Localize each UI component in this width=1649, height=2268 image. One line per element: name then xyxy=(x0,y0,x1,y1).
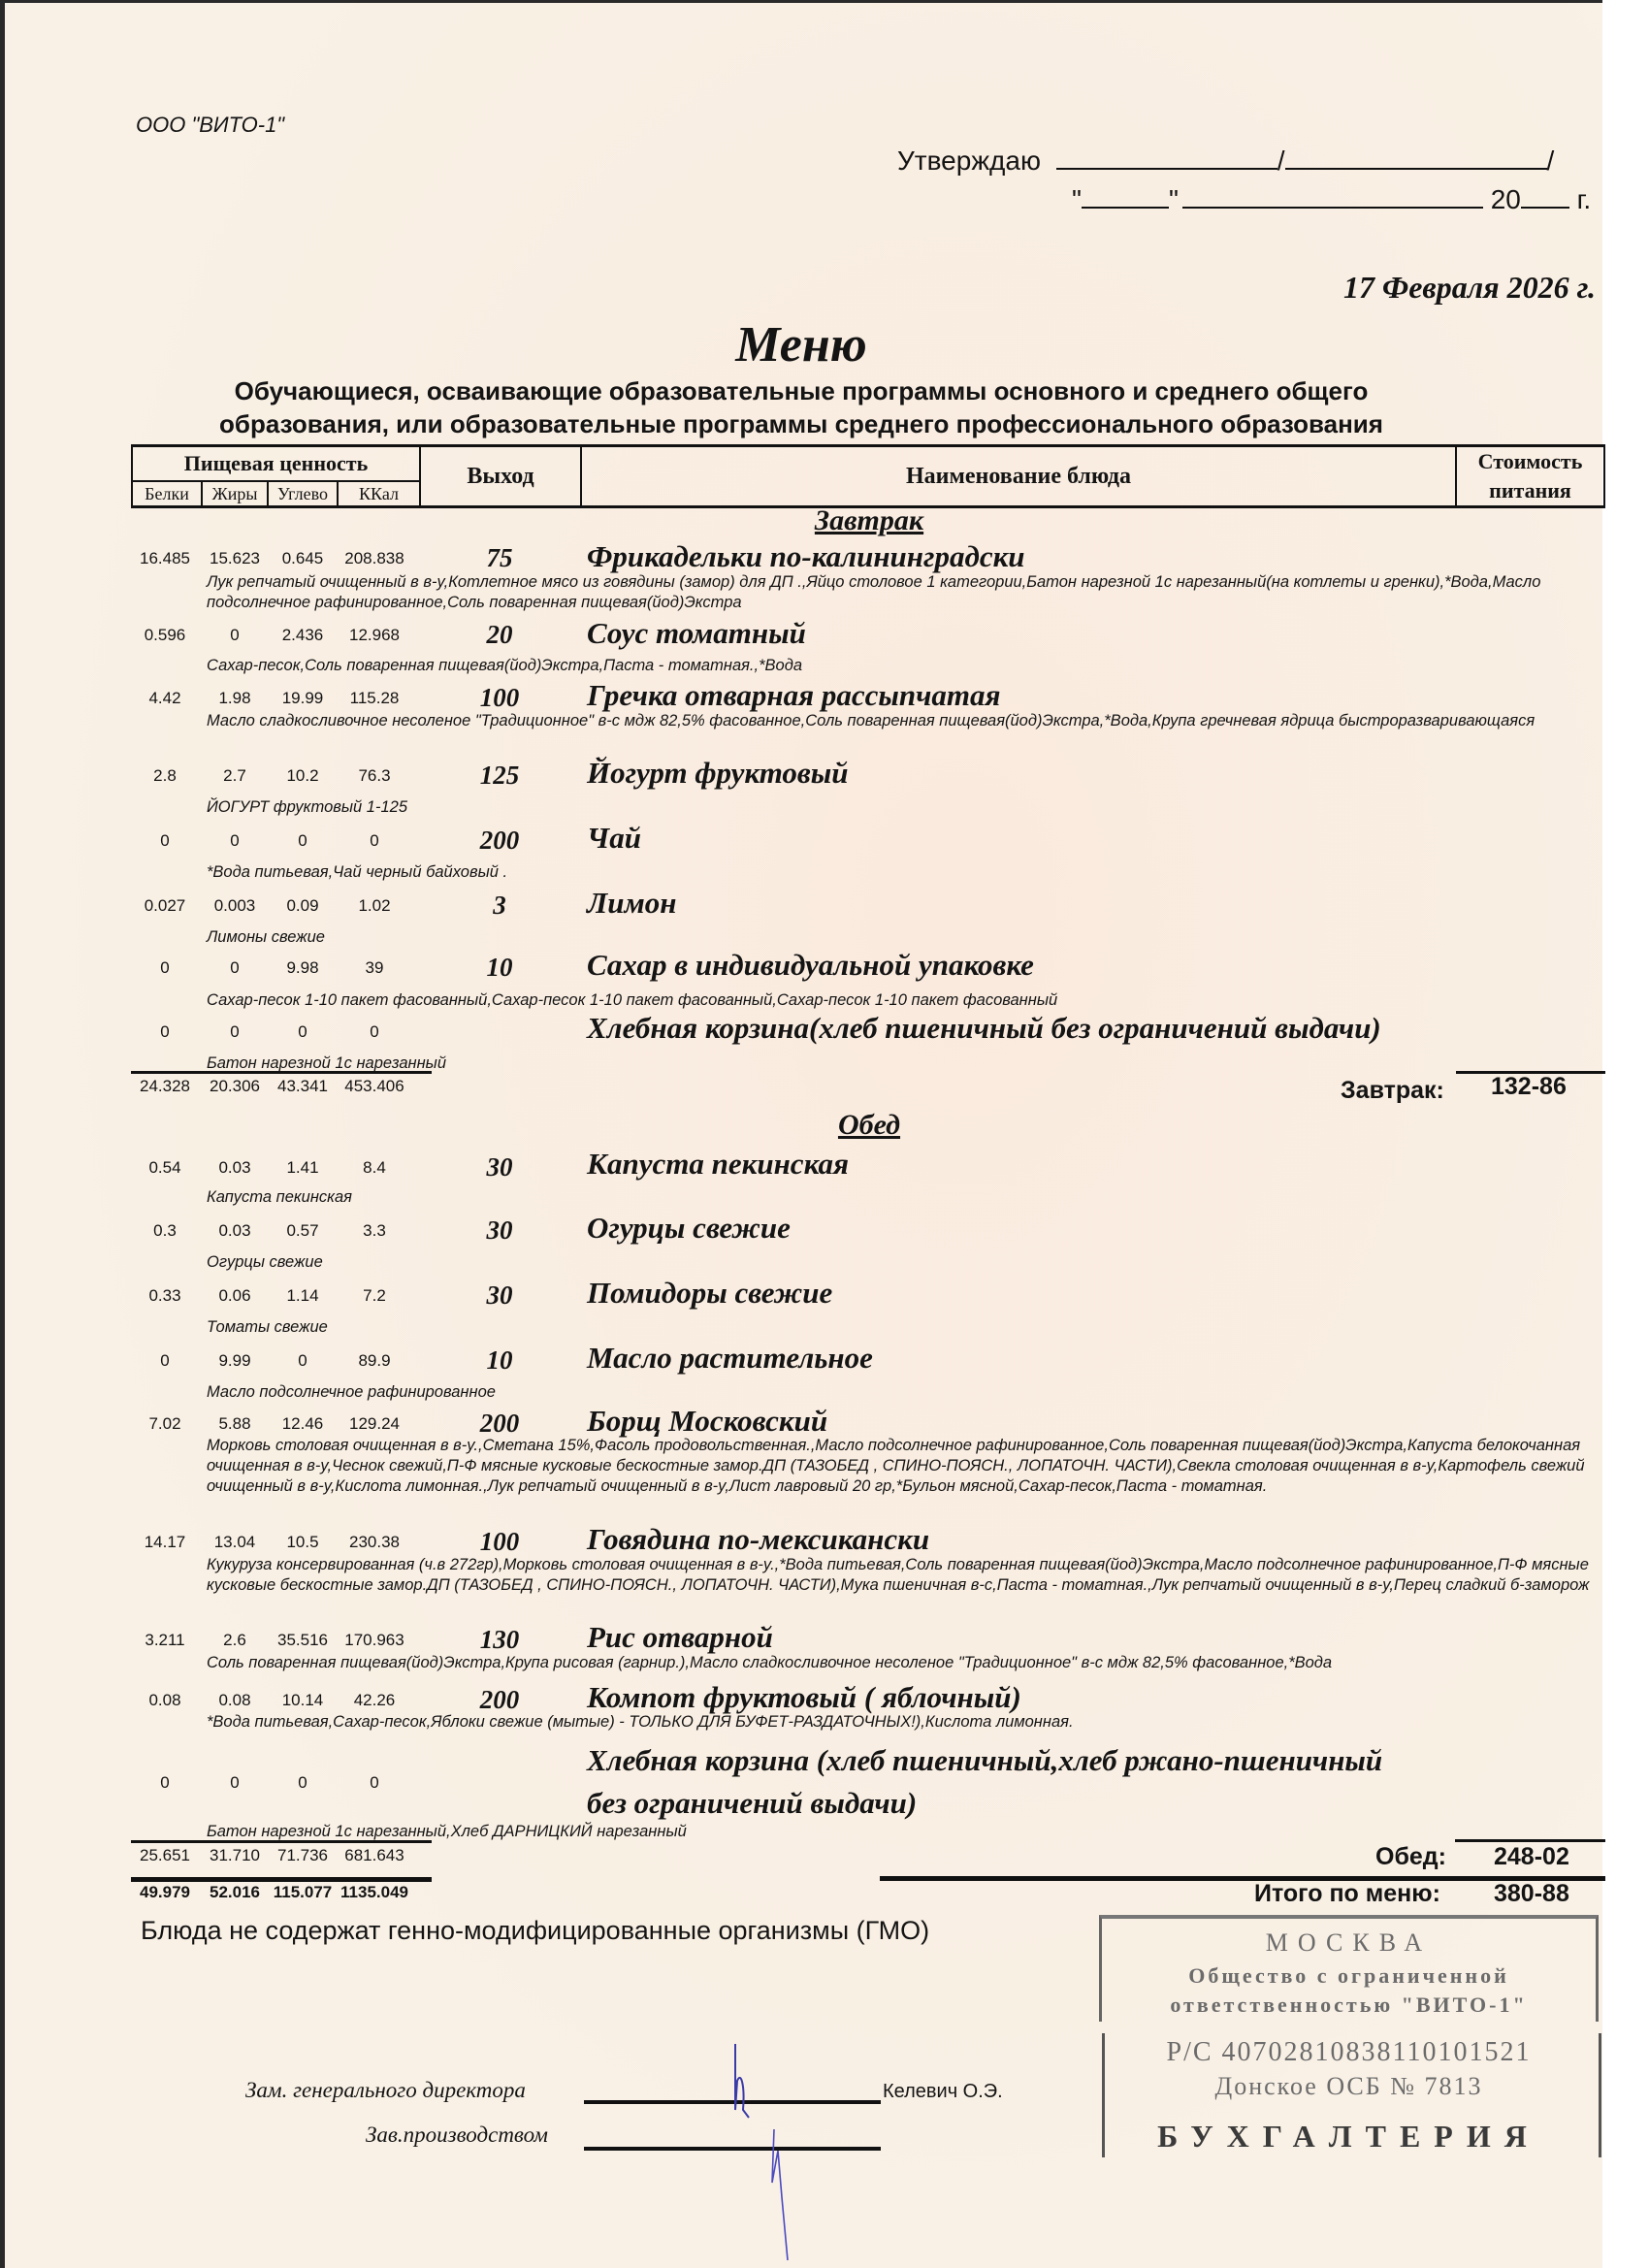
header-yield: Выход xyxy=(419,447,580,505)
breakfast-item-ingredients: Лук репчатый очищенный в в-у,Котлетное м… xyxy=(207,572,1603,613)
lunch-item-fats: 0.06 xyxy=(200,1286,270,1306)
breakfast-item-fats: 0 xyxy=(200,958,270,978)
approve-signature-line xyxy=(1056,148,1277,170)
breakfast-item-yield: 20 xyxy=(461,620,538,650)
header-fats: Жиры xyxy=(201,482,267,505)
breakfast-item-yield: 10 xyxy=(461,953,538,983)
breakfast-item-name: Лимон xyxy=(587,886,676,921)
breakfast-item-carbs: 0.09 xyxy=(268,896,338,916)
header-proteins: Белки xyxy=(131,482,201,505)
breakfast-section-title: Завтрак xyxy=(0,504,1649,537)
lunch-item-ingredients: Кукуруза консервированная (ч.в 272гр),Мо… xyxy=(207,1555,1603,1596)
approve-month-line xyxy=(1182,187,1483,209)
lunch-item-carbs: 1.41 xyxy=(268,1158,338,1178)
breakfast-item-ingredients: Масло сладкосливочное несоленое "Традици… xyxy=(207,711,1603,731)
header-cost-line2: питания xyxy=(1489,476,1571,505)
scan-edge-top xyxy=(0,0,1602,3)
lunch-item-yield: 100 xyxy=(461,1527,538,1557)
lunch-item-kcal: 7.2 xyxy=(339,1286,409,1306)
breakfast-item-proteins: 0 xyxy=(130,1022,200,1042)
breakfast-item-yield: 125 xyxy=(461,761,538,791)
deputy-director-label: Зам. генерального директора xyxy=(245,2078,526,2103)
lunch-item-ingredients: Батон нарезной 1с нарезанный,Хлеб ДАРНИЦ… xyxy=(207,1822,1603,1842)
grand-totals-rule xyxy=(131,1877,432,1882)
gmo-note: Блюда не содержат генно-модифицированные… xyxy=(141,1916,929,1946)
breakfast-item-proteins: 2.8 xyxy=(130,766,200,786)
breakfast-item-kcal: 1.02 xyxy=(339,896,409,916)
lunch-item-name: Огурцы свежие xyxy=(587,1211,791,1246)
signature-scribble xyxy=(718,2042,795,2268)
lunch-item-name: Капуста пекинская xyxy=(587,1147,849,1182)
lunch-item-kcal: 42.26 xyxy=(339,1691,409,1710)
lunch-item-yield: 200 xyxy=(461,1409,538,1439)
year-prefix: 20 xyxy=(1491,184,1521,214)
breakfast-item-name: Хлебная корзина(хлеб пшеничный без огран… xyxy=(587,1011,1381,1046)
lunch-item-name: Хлебная корзина (хлеб пшеничный,хлеб ржа… xyxy=(587,1743,1382,1778)
lunch-item-proteins: 14.17 xyxy=(130,1533,200,1552)
approve-slash: / xyxy=(1277,146,1285,176)
breakfast-item-carbs: 9.98 xyxy=(268,958,338,978)
breakfast-item-fats: 2.7 xyxy=(200,766,270,786)
lunch-item-fats: 0.03 xyxy=(200,1158,270,1178)
breakfast-item-yield: 75 xyxy=(461,543,538,573)
lunch-item-ingredients: Капуста пекинская xyxy=(207,1187,1603,1208)
breakfast-item-carbs: 0 xyxy=(268,1022,338,1042)
lunch-item-name: Говядина по-мексикански xyxy=(587,1522,929,1557)
stamp-department: БУХГАЛТЕРИЯ xyxy=(1099,2119,1599,2155)
lunch-item-fats: 0.03 xyxy=(200,1221,270,1241)
lunch-item-name-cont: без ограничений выдачи) xyxy=(587,1786,917,1821)
lunch-item-kcal: 0 xyxy=(339,1773,409,1793)
approve-label: Утверждаю xyxy=(897,146,1041,176)
breakfast-item-ingredients: Лимоны свежие xyxy=(207,927,1603,948)
header-cost: Стоимость питания xyxy=(1455,447,1605,505)
lunch-item-fats: 0 xyxy=(200,1773,270,1793)
breakfast-total-kcal: 453.406 xyxy=(339,1077,409,1096)
breakfast-item-carbs: 19.99 xyxy=(268,689,338,708)
breakfast-item-carbs: 10.2 xyxy=(268,766,338,786)
grand-total-carbs: 115.077 xyxy=(268,1883,338,1902)
breakfast-item-carbs: 0.645 xyxy=(268,549,338,568)
lunch-item-yield: 130 xyxy=(461,1625,538,1655)
lunch-item-carbs: 10.5 xyxy=(268,1533,338,1552)
lunch-cost-label: Обед: xyxy=(1375,1843,1446,1871)
lunch-item-fats: 0.08 xyxy=(200,1691,270,1710)
lunch-item-proteins: 3.211 xyxy=(130,1631,200,1650)
lunch-item-name: Рис отварной xyxy=(587,1620,773,1655)
breakfast-item-fats: 0 xyxy=(200,1022,270,1042)
lunch-item-proteins: 0.33 xyxy=(130,1286,200,1306)
lunch-item-fats: 9.99 xyxy=(200,1351,270,1371)
quote-open: " xyxy=(1072,184,1082,214)
approve-name-line xyxy=(1285,148,1547,170)
lunch-total-proteins: 25.651 xyxy=(130,1846,200,1865)
lunch-item-ingredients: *Вода питьевая,Сахар-песок,Яблоки свежие… xyxy=(207,1712,1603,1733)
lunch-item-name: Масло растительное xyxy=(587,1341,873,1376)
breakfast-item-yield: 200 xyxy=(461,826,538,856)
lunch-item-name: Помидоры свежие xyxy=(587,1276,832,1311)
breakfast-item-proteins: 0.027 xyxy=(130,896,200,916)
year-suffix: г. xyxy=(1577,184,1592,214)
breakfast-item-fats: 0.003 xyxy=(200,896,270,916)
grand-cost-value: 380-88 xyxy=(1494,1880,1569,1908)
stamp-city: МОСКВА xyxy=(1099,1928,1599,1958)
breakfast-item-proteins: 16.485 xyxy=(130,549,200,568)
approval-block: Утверждаю // xyxy=(897,146,1554,177)
header-carbs: Углево xyxy=(267,482,337,505)
lunch-item-proteins: 0.54 xyxy=(130,1158,200,1178)
breakfast-item-yield: 3 xyxy=(461,891,538,921)
breakfast-item-carbs: 2.436 xyxy=(268,626,338,645)
lunch-item-proteins: 0.08 xyxy=(130,1691,200,1710)
quote-close: " xyxy=(1169,184,1179,214)
lunch-item-proteins: 0.3 xyxy=(130,1221,200,1241)
lunch-item-kcal: 129.24 xyxy=(339,1414,409,1434)
lunch-item-carbs: 12.46 xyxy=(268,1414,338,1434)
lunch-item-kcal: 230.38 xyxy=(339,1533,409,1552)
grand-total-proteins: 49.979 xyxy=(130,1883,200,1902)
lunch-total-kcal: 681.643 xyxy=(339,1846,409,1865)
breakfast-totals-rule xyxy=(131,1071,432,1074)
lunch-item-ingredients: Масло подсолнечное рафинированное xyxy=(207,1382,1603,1403)
stamp-bank: Донское ОСБ № 7813 xyxy=(1099,2072,1599,2101)
breakfast-item-kcal: 0 xyxy=(339,831,409,851)
menu-date: 17 Февраля 2026 г. xyxy=(1343,270,1596,306)
company-stamp: МОСКВА Общество с ограниченной ответстве… xyxy=(1099,1915,1597,2157)
breakfast-item-ingredients: ЙОГУРТ фруктовый 1-125 xyxy=(207,797,1603,818)
grand-cost-label: Итого по меню: xyxy=(1254,1880,1440,1908)
lunch-item-yield: 200 xyxy=(461,1685,538,1715)
lunch-item-carbs: 10.14 xyxy=(268,1691,338,1710)
breakfast-item-kcal: 208.838 xyxy=(339,549,409,568)
stamp-line-2: ответственностью "ВИТО-1" xyxy=(1099,1993,1599,2018)
breakfast-item-ingredients: Сахар-песок 1-10 пакет фасованный,Сахар-… xyxy=(207,990,1603,1011)
breakfast-item-kcal: 0 xyxy=(339,1022,409,1042)
lunch-item-yield: 10 xyxy=(461,1345,538,1376)
header-dish-name: Наименование блюда xyxy=(580,447,1455,505)
breakfast-item-proteins: 0.596 xyxy=(130,626,200,645)
lunch-section-title: Обед xyxy=(0,1109,1649,1142)
breakfast-item-ingredients: Сахар-песок,Соль поваренная пищевая(йод)… xyxy=(207,656,1603,676)
lunch-cost-rule xyxy=(1455,1839,1605,1842)
breakfast-item-fats: 1.98 xyxy=(200,689,270,708)
breakfast-item-carbs: 0 xyxy=(268,831,338,851)
breakfast-item-name: Сахар в индивидуальной упаковке xyxy=(587,948,1034,983)
approve-day-line xyxy=(1082,187,1169,209)
breakfast-item-fats: 0 xyxy=(200,831,270,851)
breakfast-item-proteins: 0 xyxy=(130,831,200,851)
header-nutrition: Пищевая ценность xyxy=(131,447,419,482)
lunch-item-ingredients: Томаты свежие xyxy=(207,1317,1603,1338)
breakfast-item-kcal: 76.3 xyxy=(339,766,409,786)
lunch-total-carbs: 71.736 xyxy=(268,1846,338,1865)
lunch-item-proteins: 7.02 xyxy=(130,1414,200,1434)
breakfast-item-yield: 100 xyxy=(461,683,538,713)
lunch-item-ingredients: Огурцы свежие xyxy=(207,1252,1603,1273)
lunch-item-proteins: 0 xyxy=(130,1773,200,1793)
lunch-item-yield: 30 xyxy=(461,1280,538,1311)
lunch-item-name: Компот фруктовый ( яблочный) xyxy=(587,1680,1021,1715)
lunch-item-carbs: 1.14 xyxy=(268,1286,338,1306)
lunch-cost-value: 248-02 xyxy=(1494,1843,1569,1871)
lunch-item-fats: 13.04 xyxy=(200,1533,270,1552)
breakfast-item-fats: 15.623 xyxy=(200,549,270,568)
lunch-item-kcal: 89.9 xyxy=(339,1351,409,1371)
breakfast-item-name: Йогурт фруктовый xyxy=(587,756,849,791)
lunch-item-proteins: 0 xyxy=(130,1351,200,1371)
lunch-item-ingredients: Морковь столовая очищенная в в-у.,Сметан… xyxy=(207,1436,1603,1497)
lunch-item-carbs: 35.516 xyxy=(268,1631,338,1650)
breakfast-total-fats: 20.306 xyxy=(200,1077,270,1096)
grand-total-fats: 52.016 xyxy=(200,1883,270,1902)
breakfast-item-kcal: 115.28 xyxy=(339,689,409,708)
lunch-item-name: Борщ Московский xyxy=(587,1404,827,1439)
stamp-line-1: Общество с ограниченной xyxy=(1099,1963,1599,1989)
lunch-item-carbs: 0 xyxy=(268,1351,338,1371)
breakfast-item-ingredients: *Вода питьевая,Чай черный байховый . xyxy=(207,862,1603,883)
breakfast-item-kcal: 12.968 xyxy=(339,626,409,645)
breakfast-item-proteins: 0 xyxy=(130,958,200,978)
subtitle-line-2: образования, или образовательные програм… xyxy=(0,409,1602,439)
table-header: Пищевая ценность Белки Жиры Углево ККал … xyxy=(131,444,1605,508)
approve-slash-end: / xyxy=(1547,146,1555,176)
breakfast-item-name: Гречка отварная рассыпчатая xyxy=(587,678,1000,713)
approve-year-line xyxy=(1521,187,1569,209)
lunch-item-kcal: 170.963 xyxy=(339,1631,409,1650)
deputy-director-name: Келевич О.Э. xyxy=(883,2081,1003,2103)
lunch-item-fats: 2.6 xyxy=(200,1631,270,1650)
production-head-label: Зав.производством xyxy=(366,2122,548,2148)
lunch-item-yield: 30 xyxy=(461,1215,538,1246)
lunch-item-kcal: 8.4 xyxy=(339,1158,409,1178)
stamp-account: Р/С 40702810838110101521 xyxy=(1099,2037,1599,2068)
breakfast-cost-label: Завтрак: xyxy=(1341,1077,1444,1105)
header-cost-line1: Стоимость xyxy=(1478,447,1583,476)
grand-total-kcal: 1135.049 xyxy=(339,1883,409,1902)
lunch-item-carbs: 0.57 xyxy=(268,1221,338,1241)
organization-name: ООО "ВИТО-1" xyxy=(136,113,284,138)
lunch-item-carbs: 0 xyxy=(268,1773,338,1793)
breakfast-item-name: Фрикадельки по-калининградски xyxy=(587,539,1025,574)
breakfast-item-name: Соус томатный xyxy=(587,616,806,651)
lunch-item-yield: 30 xyxy=(461,1152,538,1183)
breakfast-cost-value: 132-86 xyxy=(1491,1073,1567,1101)
breakfast-item-kcal: 39 xyxy=(339,958,409,978)
breakfast-item-fats: 0 xyxy=(200,626,270,645)
approval-date-block: "" 20 г. xyxy=(1072,184,1591,215)
lunch-item-ingredients: Соль поваренная пищевая(йод)Экстра,Крупа… xyxy=(207,1653,1603,1673)
breakfast-total-proteins: 24.328 xyxy=(130,1077,200,1096)
breakfast-total-carbs: 43.341 xyxy=(268,1077,338,1096)
lunch-total-fats: 31.710 xyxy=(200,1846,270,1865)
lunch-item-fats: 5.88 xyxy=(200,1414,270,1434)
header-kcal: ККал xyxy=(337,482,419,505)
breakfast-item-name: Чай xyxy=(587,821,641,856)
breakfast-item-proteins: 4.42 xyxy=(130,689,200,708)
lunch-item-kcal: 3.3 xyxy=(339,1221,409,1241)
lunch-totals-rule xyxy=(131,1840,432,1843)
page-title: Меню xyxy=(0,316,1602,373)
subtitle-line-1: Обучающиеся, осваивающие образовательные… xyxy=(0,376,1602,406)
